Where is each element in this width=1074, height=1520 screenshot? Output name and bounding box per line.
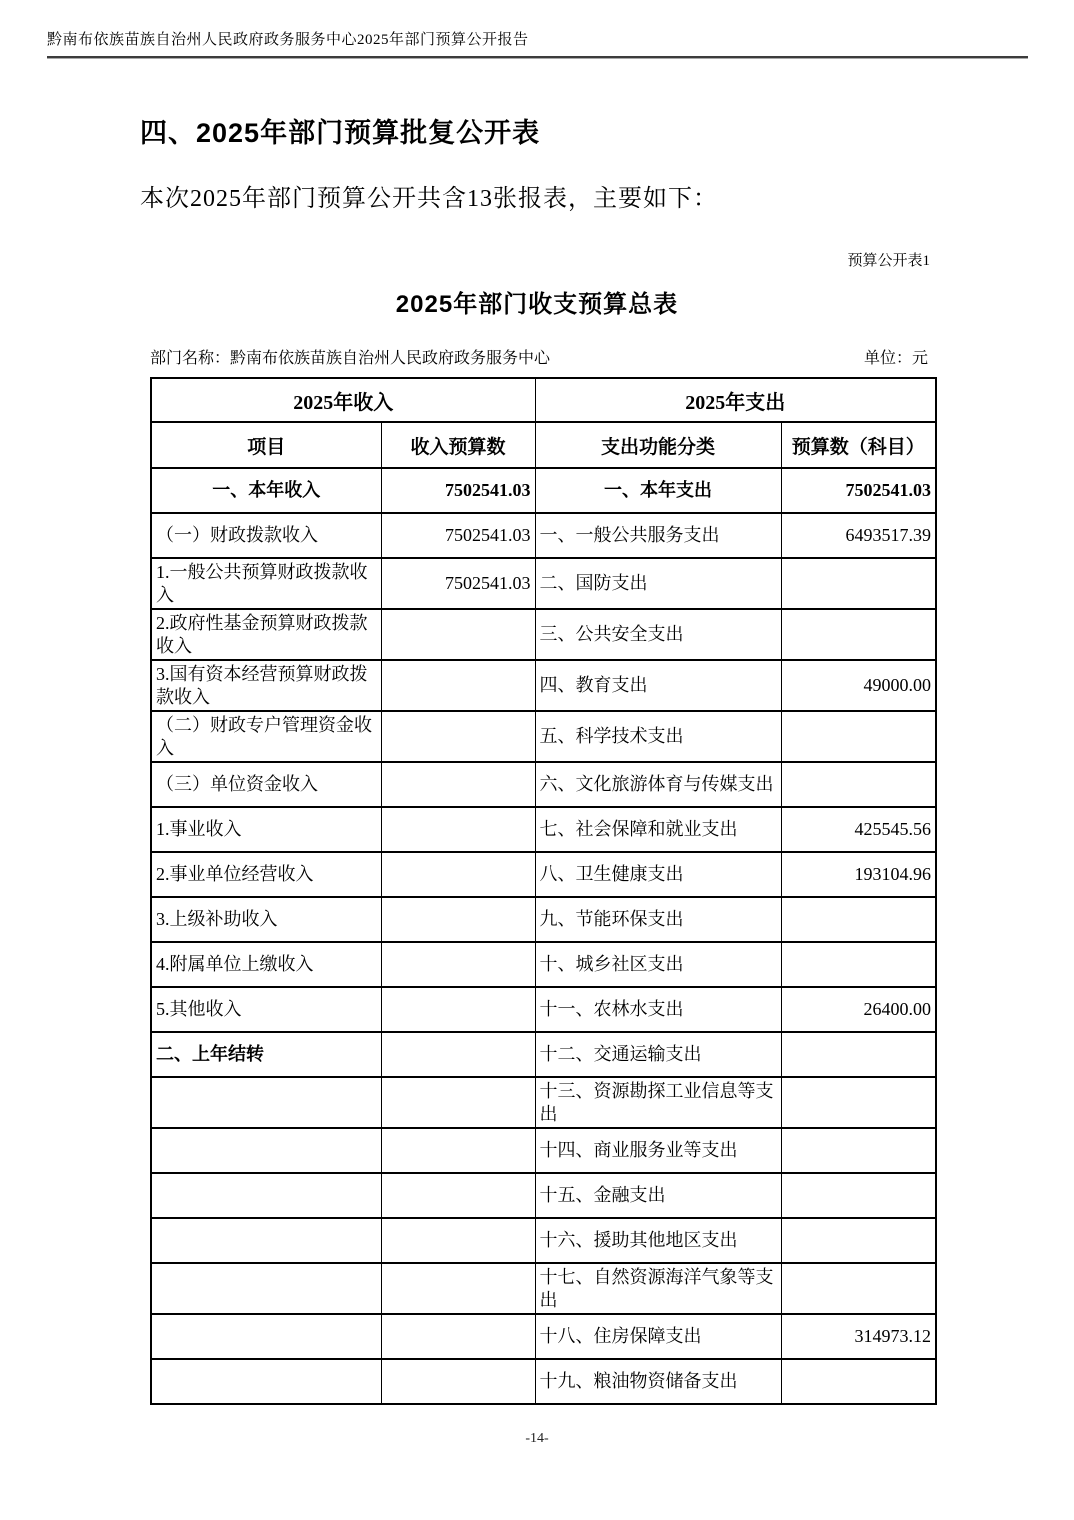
income-group-header: 2025年收入 (151, 378, 535, 422)
income-amount-cell (381, 1173, 535, 1218)
table-row: 4.附属单位上缴收入 十、城乡社区支出 (151, 942, 936, 987)
table-row: 3.国有资本经营预算财政拨款收入 四、教育支出 49000.00 (151, 660, 936, 711)
income-amount-cell (381, 609, 535, 660)
table-row: 十九、粮油物资储备支出 (151, 1359, 936, 1404)
department-name-label: 部门名称：黔南布依族苗族自治州人民政府政务服务中心 (150, 345, 550, 368)
table-row: 十七、自然资源海洋气象等支出 (151, 1263, 936, 1314)
table-row: 3.上级补助收入 九、节能环保支出 (151, 897, 936, 942)
income-amount-cell (381, 711, 535, 762)
expense-amount-cell (781, 1359, 936, 1404)
expense-amount-cell (781, 711, 936, 762)
expense-item-cell: 十六、援助其他地区支出 (535, 1218, 781, 1263)
table-row: （三）单位资金收入 六、文化旅游体育与传媒支出 (151, 762, 936, 807)
expense-item-cell: 十七、自然资源海洋气象等支出 (535, 1263, 781, 1314)
income-item-cell: （三）单位资金收入 (151, 762, 381, 807)
table-row: 十三、资源勘探工业信息等支出 (151, 1077, 936, 1128)
table-row: （二）财政专户管理资金收入 五、科学技术支出 (151, 711, 936, 762)
expense-amount-cell (781, 558, 936, 609)
table-row: 十五、金融支出 (151, 1173, 936, 1218)
table-row: 十四、商业服务业等支出 (151, 1128, 936, 1173)
column-header-expense-function: 支出功能分类 (535, 422, 781, 468)
group-header-row: 2025年收入 2025年支出 (151, 378, 936, 422)
income-item-cell: 2.政府性基金预算财政拨款收入 (151, 609, 381, 660)
expense-amount-cell: 49000.00 (781, 660, 936, 711)
expense-amount-cell: 26400.00 (781, 987, 936, 1032)
income-amount-cell (381, 660, 535, 711)
income-item-cell (151, 1314, 381, 1359)
expense-amount-cell (781, 1173, 936, 1218)
income-item-cell (151, 1173, 381, 1218)
table-row: 一、本年收入 7502541.03 一、本年支出 7502541.03 (151, 468, 936, 513)
income-item-cell (151, 1359, 381, 1404)
table-row: 1.事业收入 七、社会保障和就业支出 425545.56 (151, 807, 936, 852)
running-header: 黔南布依族苗族自治州人民政府政务服务中心2025年部门预算公开报告 (0, 0, 1074, 59)
expense-item-cell: 七、社会保障和就业支出 (535, 807, 781, 852)
expense-item-cell: 十二、交通运输支出 (535, 1032, 781, 1077)
table-row: 2.事业单位经营收入 八、卫生健康支出 193104.96 (151, 852, 936, 897)
expense-amount-cell (781, 762, 936, 807)
income-item-cell: 3.国有资本经营预算财政拨款收入 (151, 660, 381, 711)
income-amount-cell (381, 762, 535, 807)
income-amount-cell (381, 1314, 535, 1359)
table-tag-label: 预算公开表1 (140, 249, 934, 270)
expense-amount-cell (781, 1128, 936, 1173)
income-amount-cell (381, 1218, 535, 1263)
income-amount-cell: 7502541.03 (381, 468, 535, 513)
budget-summary-table: 2025年收入 2025年支出 项目 收入预算数 支出功能分类 预算数（科目） … (150, 377, 937, 1405)
table-meta-row: 部门名称：黔南布依族苗族自治州人民政府政务服务中心 单位：元 (140, 345, 934, 368)
expense-amount-cell (781, 1077, 936, 1128)
expense-item-cell: 一、一般公共服务支出 (535, 513, 781, 558)
income-item-cell: 4.附属单位上缴收入 (151, 942, 381, 987)
table-row: 2.政府性基金预算财政拨款收入 三、公共安全支出 (151, 609, 936, 660)
expense-group-header: 2025年支出 (535, 378, 936, 422)
column-header-row: 项目 收入预算数 支出功能分类 预算数（科目） (151, 422, 936, 468)
expense-item-cell: 十四、商业服务业等支出 (535, 1128, 781, 1173)
expense-amount-cell: 7502541.03 (781, 468, 936, 513)
income-amount-cell (381, 852, 535, 897)
table-row: 1.一般公共预算财政拨款收入 7502541.03 二、国防支出 (151, 558, 936, 609)
expense-amount-cell: 193104.96 (781, 852, 936, 897)
income-item-cell: （一）财政拨款收入 (151, 513, 381, 558)
expense-amount-cell: 314973.12 (781, 1314, 936, 1359)
expense-amount-cell (781, 897, 936, 942)
expense-item-cell: 九、节能环保支出 (535, 897, 781, 942)
column-header-item: 项目 (151, 422, 381, 468)
income-amount-cell: 7502541.03 (381, 558, 535, 609)
expense-amount-cell (781, 1218, 936, 1263)
income-item-cell (151, 1218, 381, 1263)
income-item-cell: 5.其他收入 (151, 987, 381, 1032)
table-row: （一）财政拨款收入 7502541.03 一、一般公共服务支出 6493517.… (151, 513, 936, 558)
expense-amount-cell: 425545.56 (781, 807, 936, 852)
income-item-cell: 1.事业收入 (151, 807, 381, 852)
expense-amount-cell: 6493517.39 (781, 513, 936, 558)
income-item-cell (151, 1263, 381, 1314)
expense-item-cell: 二、国防支出 (535, 558, 781, 609)
income-item-cell: （二）财政专户管理资金收入 (151, 711, 381, 762)
table-row: 十八、住房保障支出 314973.12 (151, 1314, 936, 1359)
income-item-cell: 二、上年结转 (151, 1032, 381, 1077)
expense-amount-cell (781, 609, 936, 660)
expense-item-cell: 五、科学技术支出 (535, 711, 781, 762)
document-page: 黔南布依族苗族自治州人民政府政务服务中心2025年部门预算公开报告 四、2025… (0, 0, 1074, 1520)
income-amount-cell (381, 1032, 535, 1077)
income-item-cell: 2.事业单位经营收入 (151, 852, 381, 897)
table-row: 5.其他收入 十一、农林水支出 26400.00 (151, 987, 936, 1032)
income-item-cell: 一、本年收入 (151, 468, 381, 513)
table-row: 十六、援助其他地区支出 (151, 1218, 936, 1263)
income-amount-cell (381, 807, 535, 852)
income-item-cell (151, 1077, 381, 1128)
sheet-title: 2025年部门收支预算总表 (140, 284, 934, 319)
unit-label: 单位：元 (864, 345, 928, 368)
table-row: 二、上年结转 十二、交通运输支出 (151, 1032, 936, 1077)
running-header-title: 黔南布依族苗族自治州人民政府政务服务中心2025年部门预算公开报告 (47, 28, 1028, 49)
expense-item-cell: 十、城乡社区支出 (535, 942, 781, 987)
section-heading: 四、2025年部门预算批复公开表 (140, 111, 934, 150)
income-amount-cell (381, 987, 535, 1032)
income-amount-cell: 7502541.03 (381, 513, 535, 558)
page-number: -14- (140, 1431, 934, 1447)
income-amount-cell (381, 1077, 535, 1128)
expense-amount-cell (781, 1263, 936, 1314)
expense-item-cell: 十八、住房保障支出 (535, 1314, 781, 1359)
income-amount-cell (381, 942, 535, 987)
expense-item-cell: 一、本年支出 (535, 468, 781, 513)
column-header-income-budget: 收入预算数 (381, 422, 535, 468)
expense-item-cell: 四、教育支出 (535, 660, 781, 711)
expense-item-cell: 十三、资源勘探工业信息等支出 (535, 1077, 781, 1128)
content-column: 四、2025年部门预算批复公开表 本次2025年部门预算公开共含13张报表，主要… (140, 111, 934, 1447)
expense-item-cell: 六、文化旅游体育与传媒支出 (535, 762, 781, 807)
expense-item-cell: 八、卫生健康支出 (535, 852, 781, 897)
expense-item-cell: 三、公共安全支出 (535, 609, 781, 660)
expense-amount-cell (781, 942, 936, 987)
expense-item-cell: 十九、粮油物资储备支出 (535, 1359, 781, 1404)
column-header-budget-subject: 预算数（科目） (781, 422, 936, 468)
expense-item-cell: 十一、农林水支出 (535, 987, 781, 1032)
income-amount-cell (381, 1263, 535, 1314)
expense-item-cell: 十五、金融支出 (535, 1173, 781, 1218)
header-rule (47, 56, 1028, 59)
expense-amount-cell (781, 1032, 936, 1077)
income-item-cell: 3.上级补助收入 (151, 897, 381, 942)
income-amount-cell (381, 1128, 535, 1173)
income-item-cell (151, 1128, 381, 1173)
income-amount-cell (381, 1359, 535, 1404)
income-item-cell: 1.一般公共预算财政拨款收入 (151, 558, 381, 609)
intro-paragraph: 本次2025年部门预算公开共含13张报表，主要如下： (140, 178, 934, 213)
income-amount-cell (381, 897, 535, 942)
